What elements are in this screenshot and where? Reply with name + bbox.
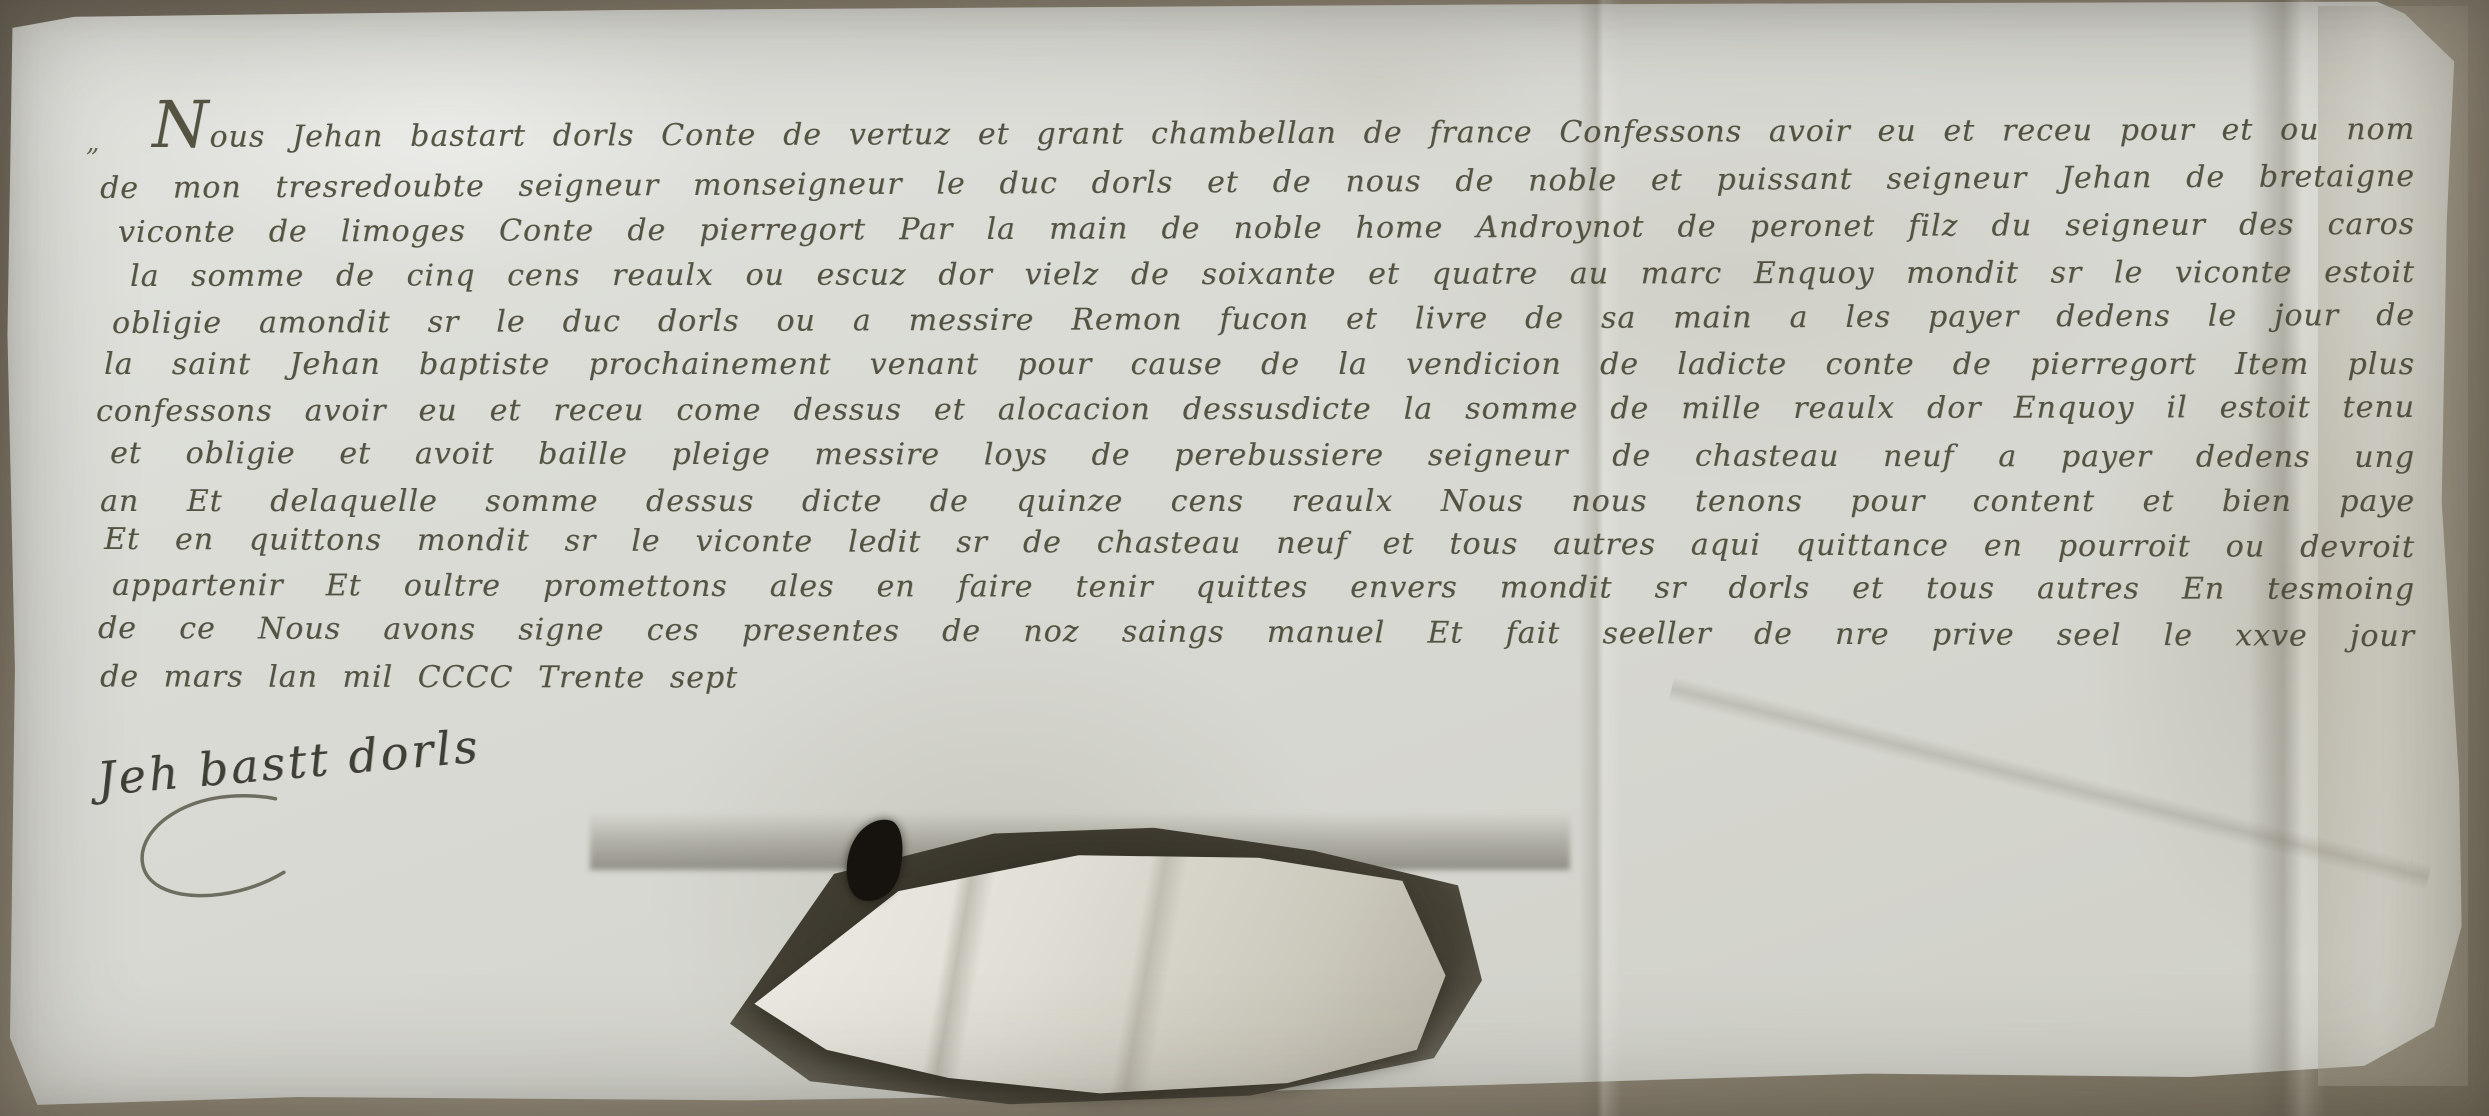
manuscript-photograph: „ Nous Jehan bastart dorls Conte de vert… bbox=[0, 0, 2489, 1116]
manuscript-line: an Et delaquelle somme dessus dicte de q… bbox=[100, 485, 2415, 518]
manuscript-line: la saint Jehan baptiste prochainement ve… bbox=[104, 348, 2415, 381]
manuscript-line: Nous Jehan bastart dorls Conte de vertuz… bbox=[152, 100, 2415, 154]
manuscript-line: de ce Nous avons signe ces presentes de … bbox=[98, 612, 2415, 653]
manuscript-line: obligie amondit sr le duc dorls ou a mes… bbox=[112, 299, 2415, 340]
manuscript-line: la somme de cinq cens reaulx ou escuz do… bbox=[130, 256, 2415, 293]
manuscript-line: et obligie et avoit baille pleige messir… bbox=[110, 437, 2415, 474]
manuscript-line: confessons avoir eu et receu come dessus… bbox=[96, 391, 2415, 428]
signature-paraph-flourish bbox=[125, 778, 365, 918]
marginal-mark: „ bbox=[86, 128, 99, 158]
manuscript-line: appartenir Et oultre promettons ales en … bbox=[112, 569, 2415, 606]
manuscript-line: viconte de limoges Conte de pierregort P… bbox=[118, 208, 2415, 249]
manuscript-line: de mon tresredoubte seigneur monseigneur… bbox=[100, 160, 2415, 205]
manuscript-line: Et en quittons mondit sr le viconte ledi… bbox=[104, 523, 2415, 564]
manuscript-date-line: de mars lan mil CCCC Trente sept bbox=[100, 660, 738, 694]
